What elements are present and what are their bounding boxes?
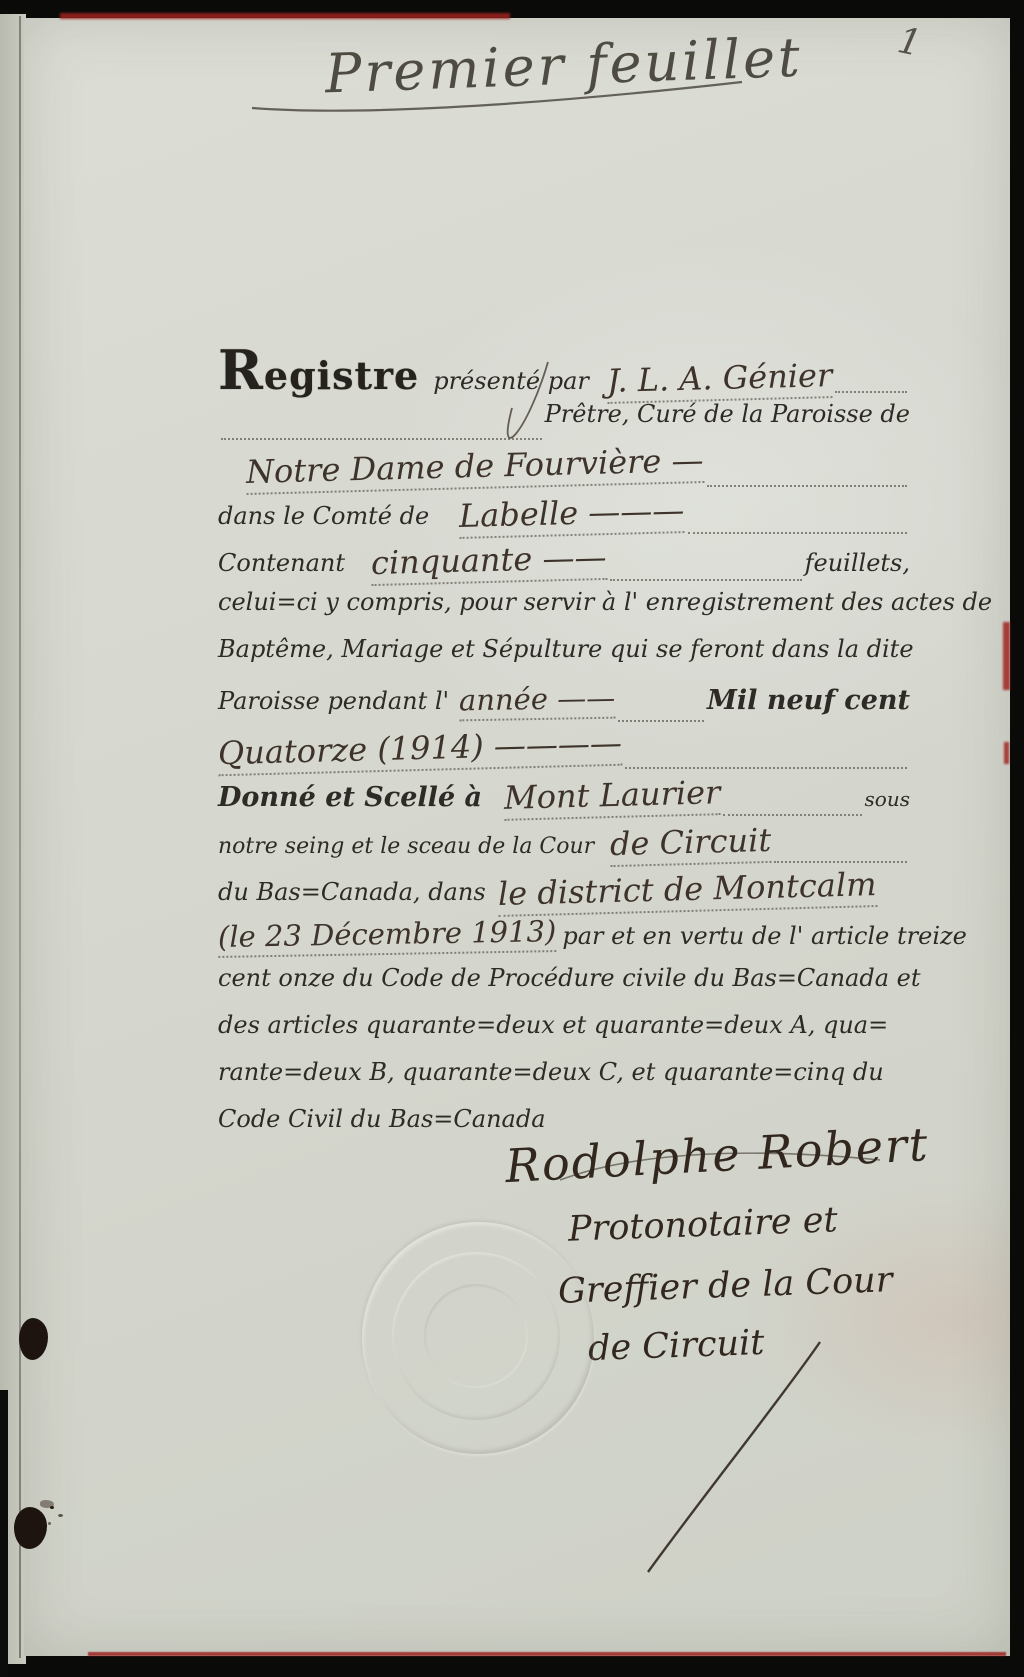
form-line-compris: celui=ci y compris, pour servir à l' enr… bbox=[218, 588, 910, 635]
rule-fill bbox=[618, 720, 704, 722]
form-line-seing: notre seing et le sceau de la Cour de Ci… bbox=[218, 823, 910, 870]
actes-text: Baptême, Mariage et Sépulture qui se fer… bbox=[218, 635, 914, 663]
printed-form-body: Registre présenté par J. L. A. Génier Pr… bbox=[218, 338, 910, 1152]
code-line2-text: des articles quarante=deux et quarante=d… bbox=[218, 1011, 888, 1039]
red-sprinkled-edge-bottom bbox=[88, 1652, 1006, 1656]
rule-fill bbox=[688, 532, 907, 534]
ink-splatter-dot bbox=[48, 1522, 51, 1525]
form-line-date: (le 23 Décembre 1913) par et en vertu de… bbox=[218, 917, 910, 964]
rule-fill bbox=[723, 814, 861, 816]
binding-fold-crease bbox=[19, 16, 21, 1658]
code-line4-text: Code Civil du Bas=Canada bbox=[218, 1105, 546, 1133]
vertu-text: par et en vertu de l' article treize bbox=[562, 922, 967, 950]
annee-entry: année —— bbox=[459, 681, 616, 722]
registre-ornate-word: Registre bbox=[218, 338, 419, 402]
form-line-actes: Baptême, Mariage et Sépulture qui se fer… bbox=[218, 635, 910, 682]
date-entry: (le 23 Décembre 1913) bbox=[218, 914, 557, 958]
form-line-registre: Registre présenté par J. L. A. Génier bbox=[218, 338, 910, 400]
comte-name-entry: Labelle ——— bbox=[459, 491, 685, 539]
ink-splatter-smudge bbox=[40, 1500, 54, 1508]
presente-par-label: présenté par bbox=[433, 367, 589, 395]
code-line1-text: cent onze du Code de Procédure civile du… bbox=[218, 964, 921, 992]
rule-fill bbox=[221, 438, 542, 440]
rule-fill bbox=[774, 861, 907, 863]
scanned-register-page: Premier feuillet 1 Registre présenté par… bbox=[0, 0, 1024, 1677]
sous-label: sous bbox=[865, 787, 910, 811]
form-line-donne-scelle: Donné et Scellé à Mont Laurier sous bbox=[218, 776, 910, 823]
contenant-label: Contenant bbox=[218, 549, 345, 577]
donne-scelle-label: Donné et Scellé à bbox=[218, 782, 482, 813]
form-line-annee: Paroisse pendant l' année —— Mil neuf ce… bbox=[218, 682, 910, 729]
mil-neuf-cent-label: Mil neuf cent bbox=[707, 685, 910, 716]
ink-splatter-dot bbox=[58, 1514, 63, 1517]
red-sprinkled-edge-right-small bbox=[1004, 742, 1009, 764]
form-line-comte: dans le Comté de Labelle ——— bbox=[218, 494, 910, 541]
embossed-court-seal bbox=[362, 1222, 594, 1454]
seing-label: notre seing et le sceau de la Cour bbox=[218, 834, 594, 859]
presenter-name-entry: J. L. A. Génier bbox=[606, 356, 832, 404]
form-line-pretre: Prêtre, Curé de la Paroisse de bbox=[218, 400, 910, 447]
cour-entry: de Circuit bbox=[610, 821, 772, 867]
feuillet-count-entry: cinquante —— bbox=[370, 538, 607, 586]
form-line-district: du Bas=Canada, dans le district de Montc… bbox=[218, 870, 910, 917]
form-line-contenant: Contenant cinquante —— feuillets, bbox=[218, 541, 910, 588]
paroisse-pendant-label: Paroisse pendant l' bbox=[218, 687, 449, 715]
comte-label: dans le Comté de bbox=[218, 502, 429, 530]
red-sprinkled-edge-right bbox=[1003, 622, 1010, 690]
form-line-quatorze: Quatorze (1914) ———— bbox=[218, 729, 910, 776]
quatorze-entry: Quatorze (1914) ———— bbox=[218, 724, 623, 777]
bas-canada-label: du Bas=Canada, dans bbox=[218, 878, 486, 906]
embossed-seal-center bbox=[424, 1284, 528, 1388]
rule-fill bbox=[610, 579, 802, 581]
form-line-code3: rante=deux B, quarante=deux C, et quaran… bbox=[218, 1058, 910, 1105]
signature-title-line3: de Circuit bbox=[587, 1323, 765, 1369]
district-entry: le district de Montcalm bbox=[497, 865, 876, 917]
compris-text: celui=ci y compris, pour servir à l' enr… bbox=[218, 588, 992, 616]
lieu-entry: Mont Laurier bbox=[504, 773, 721, 821]
rule-fill bbox=[835, 391, 907, 393]
red-sprinkled-edge-top bbox=[60, 13, 510, 19]
form-line-code1: cent onze du Code de Procédure civile du… bbox=[218, 964, 910, 1011]
pretre-cure-label: Prêtre, Curé de la Paroisse de bbox=[545, 400, 910, 428]
paroisse-name-entry: Notre Dame de Fourvière — bbox=[246, 441, 705, 495]
rule-fill bbox=[625, 767, 907, 769]
form-line-paroisse-name: Notre Dame de Fourvière — bbox=[218, 447, 910, 494]
code-line3-text: rante=deux B, quarante=deux C, et quaran… bbox=[218, 1058, 884, 1086]
feuillets-label: feuillets, bbox=[805, 549, 910, 577]
book-under-page-shadow bbox=[0, 1390, 8, 1677]
rule-fill bbox=[707, 485, 907, 487]
form-line-code2: des articles quarante=deux et quarante=d… bbox=[218, 1011, 910, 1058]
